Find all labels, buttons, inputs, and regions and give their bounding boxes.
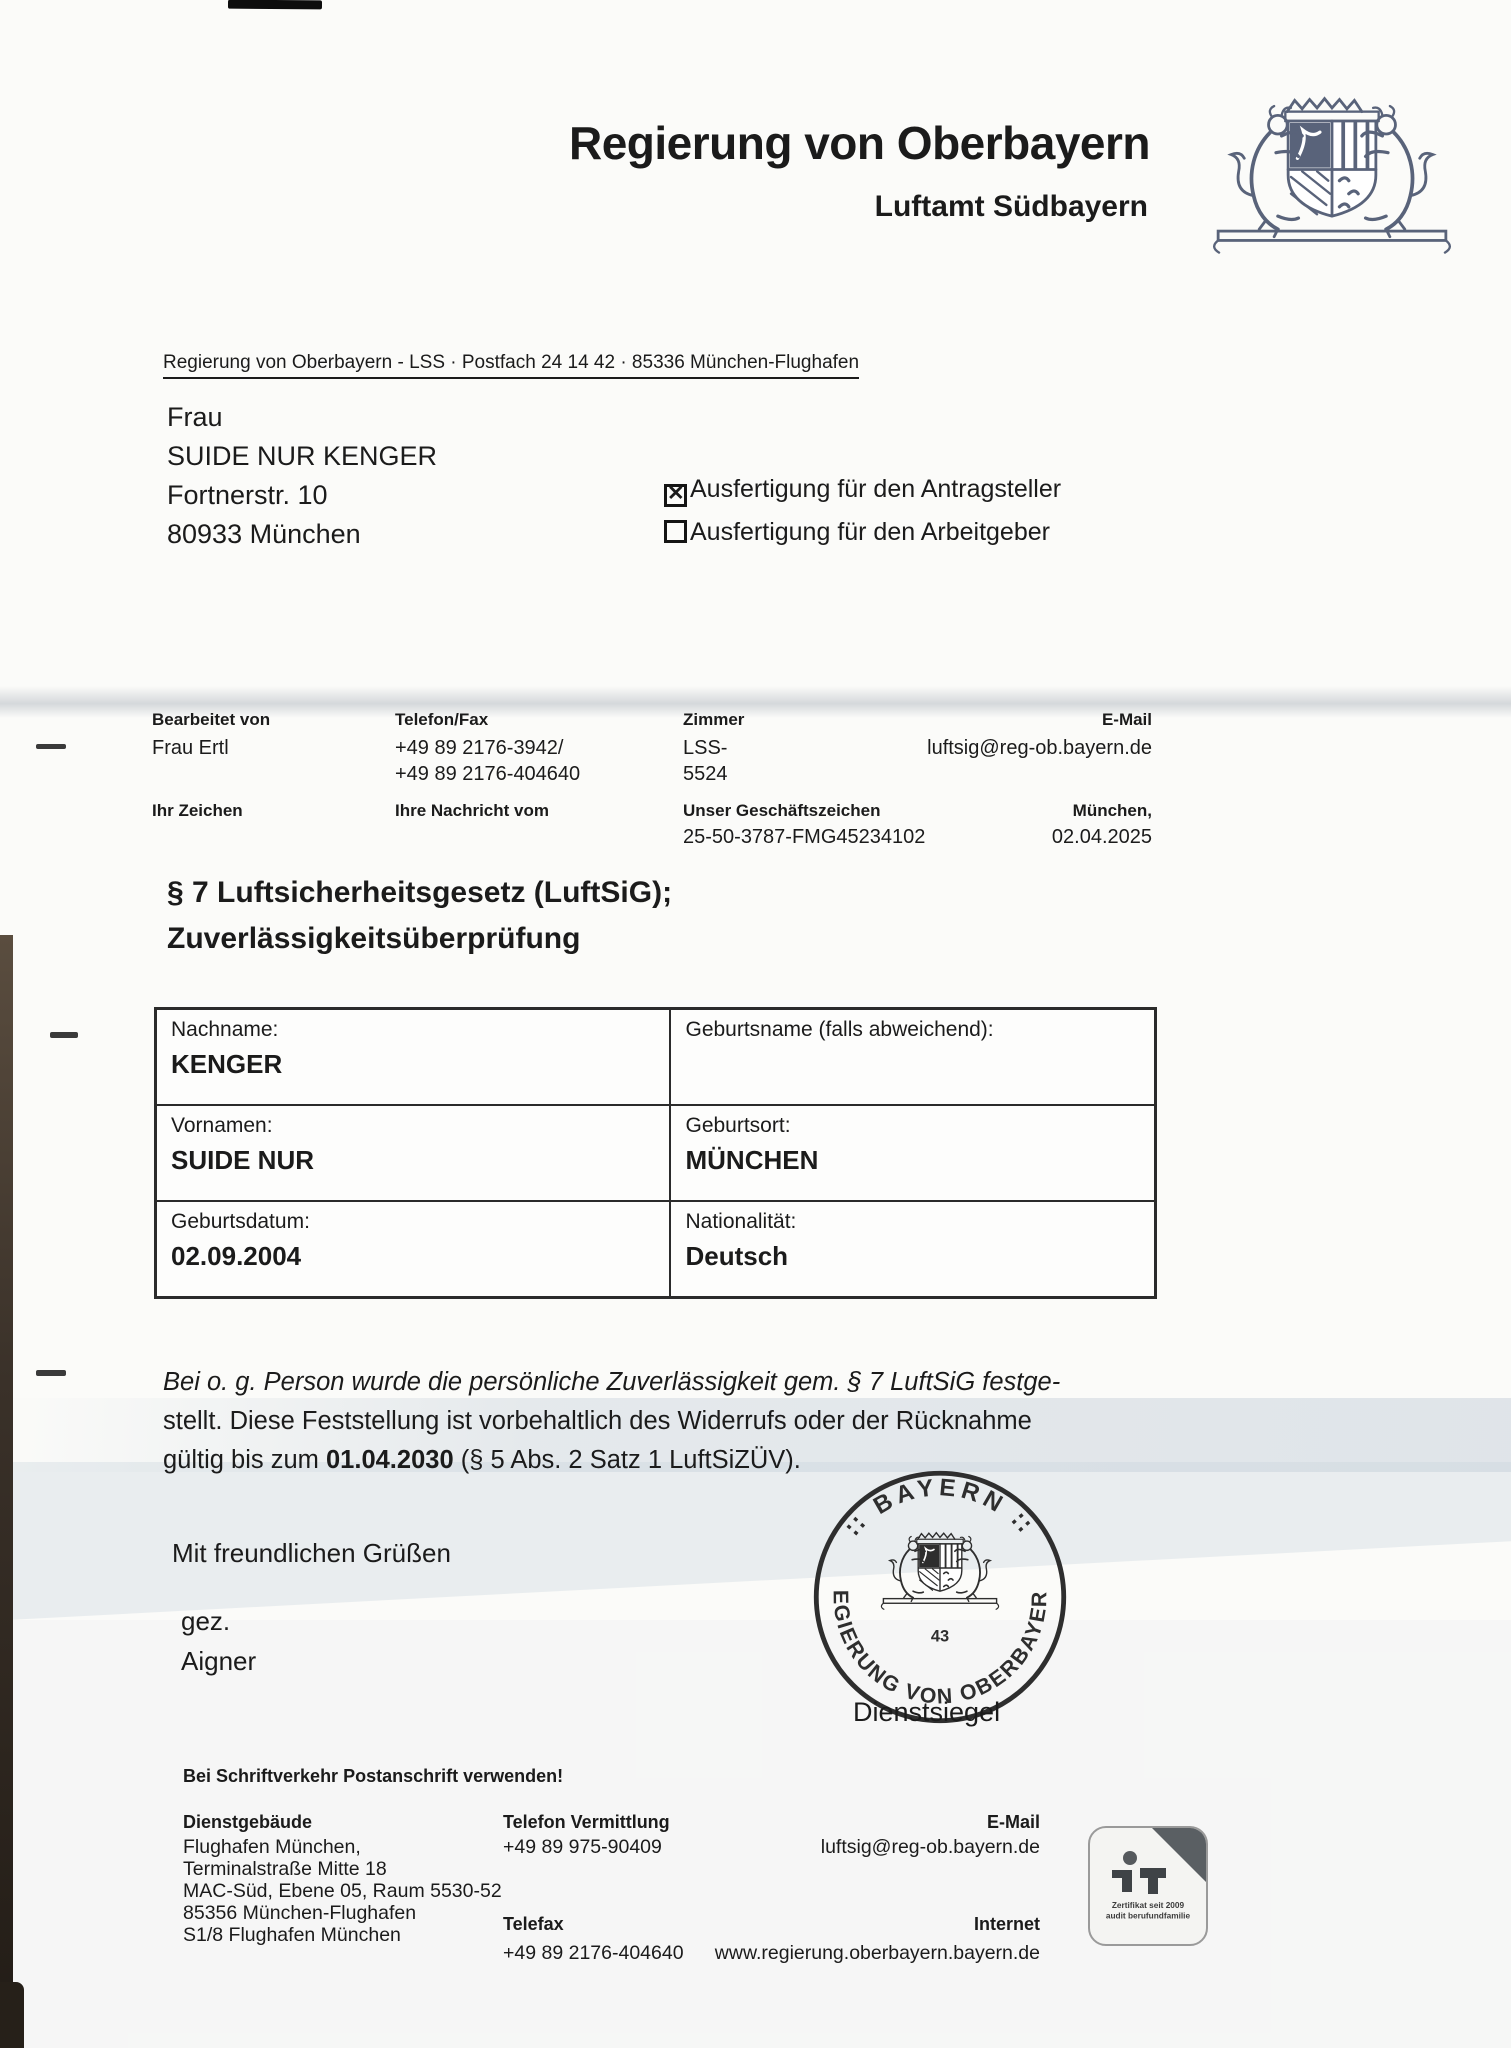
cell-value: 02.09.2004: [171, 1241, 655, 1272]
audit-berufundfamilie-logo: Zertifikat seit 2009 audit berufundfamil…: [1088, 1826, 1208, 1946]
address-line: Terminalstraße Mitte 18: [183, 1858, 502, 1880]
person-data-table: Nachname: KENGER Geburtsname (falls abwe…: [154, 1007, 1157, 1299]
cell-label: Geburtsdatum:: [171, 1210, 655, 1234]
dienstgebaeude-address: Flughafen München, Terminalstraße Mitte …: [183, 1836, 502, 1946]
telefon-number: +49 89 2176-3942/: [395, 735, 580, 761]
subject-line2: Zuverlässigkeitsüberprüfung: [167, 916, 672, 962]
copy-option-antragsteller: ✕Ausfertigung für den Antragsteller: [664, 468, 1061, 511]
checkbox-checked-icon: ✕: [664, 484, 687, 507]
label-telefon-vermittlung: Telefon Vermittlung: [503, 1812, 670, 1833]
value-email: luftsig@reg-ob.bayern.de: [927, 735, 1152, 761]
cell-label: Geburtsort:: [685, 1114, 1140, 1138]
recipient-city: 80933 München: [167, 515, 437, 554]
table-cell-geburtsort: Geburtsort: MÜNCHEN: [670, 1105, 1155, 1201]
svg-text:43: 43: [931, 1627, 949, 1645]
label-geschaeftszeichen: Unser Geschäftszeichen: [683, 801, 880, 821]
zimmer-line1: LSS-: [683, 735, 728, 761]
fold-mark: [50, 1032, 78, 1038]
cell-label: Nationalität:: [685, 1210, 1140, 1234]
copy-option-label: Ausfertigung für den Antragsteller: [690, 475, 1061, 503]
return-address: Regierung von Oberbayern - LSS · Postfac…: [163, 352, 859, 379]
label-footer-email: E-Mail: [987, 1812, 1040, 1833]
table-cell-geburtsname: Geburtsname (falls abweichend):: [670, 1009, 1155, 1105]
table-cell-nachname: Nachname: KENGER: [156, 1009, 670, 1105]
fold-mark: [36, 1370, 66, 1376]
cell-label: Vornamen:: [171, 1114, 655, 1138]
cell-label: Geburtsname (falls abweichend):: [685, 1018, 1140, 1042]
label-ihr-zeichen: Ihr Zeichen: [152, 801, 243, 821]
seal-caption: Dienstsiegel: [853, 1697, 1000, 1728]
table-cell-vornamen: Vornamen: SUIDE NUR: [156, 1105, 670, 1201]
label-ihre-nachricht: Ihre Nachricht vom: [395, 801, 549, 821]
closing-greeting: Mit freundlichen Grüßen: [172, 1538, 451, 1569]
zimmer-line2: 5524: [683, 761, 728, 787]
footer-note: Bei Schriftverkehr Postanschrift verwend…: [183, 1766, 563, 1787]
cell-value: MÜNCHEN: [685, 1145, 1140, 1176]
page-title: Regierung von Oberbayern: [569, 116, 1150, 170]
label-dienstgebaeude: Dienstgebäude: [183, 1812, 312, 1833]
logo-caption: Zertifikat seit 2009 audit berufundfamil…: [1095, 1901, 1202, 1921]
address-line: S1/8 Flughafen München: [183, 1924, 502, 1946]
bavarian-coat-of-arms-icon: [1192, 76, 1472, 263]
recipient-street: Fortnerstr. 10: [167, 476, 437, 515]
scan-edge-artifact: [228, 0, 322, 9]
address-line: Flughafen München,: [183, 1836, 502, 1858]
value-telefax: +49 89 2176-404640: [503, 1942, 684, 1964]
value-internet: www.regierung.oberbayern.bayern.de: [715, 1942, 1040, 1964]
label-bearbeitet-von: Bearbeitet von: [152, 710, 270, 730]
value-date: 02.04.2025: [1052, 824, 1152, 850]
body-line1: Bei o. g. Person wurde die persönliche Z…: [163, 1363, 1123, 1402]
svg-text:∷ BAYERN ∷: ∷ BAYERN ∷: [841, 1474, 1038, 1541]
checkbox-unchecked-icon: [664, 520, 687, 543]
table-cell-nationalitaet: Nationalität: Deutsch: [670, 1201, 1155, 1297]
recipient-name: SUIDE NUR KENGER: [167, 437, 437, 476]
cell-label: Nachname:: [171, 1018, 655, 1042]
value-geschaeftszeichen: 25-50-3787-FMG45234102: [683, 824, 925, 850]
subject: § 7 Luftsicherheitsgesetz (LuftSiG); Zuv…: [167, 870, 672, 962]
address-line: MAC-Süd, Ebene 05, Raum 5530-52: [183, 1880, 502, 1902]
figure-icon: [1104, 1850, 1174, 1896]
label-telefon-fax: Telefon/Fax: [395, 710, 488, 730]
copy-options: ✕Ausfertigung für den Antragsteller Ausf…: [664, 468, 1061, 554]
recipient-address: Frau SUIDE NUR KENGER Fortnerstr. 10 809…: [167, 398, 437, 554]
fax-number: +49 89 2176-404640: [395, 761, 580, 787]
value-zimmer: LSS- 5524: [683, 735, 728, 787]
page-subtitle: Luftamt Südbayern: [875, 190, 1148, 224]
table-cell-geburtsdatum: Geburtsdatum: 02.09.2004: [156, 1201, 670, 1297]
recipient-salutation: Frau: [167, 398, 437, 437]
subject-line1: § 7 Luftsicherheitsgesetz (LuftSiG);: [167, 870, 672, 916]
scan-edge-artifact: [0, 935, 13, 2048]
body-line2: stellt. Diese Feststellung ist vorbehalt…: [163, 1402, 1123, 1441]
cell-value: KENGER: [171, 1049, 655, 1080]
address-line: 85356 München-Flughafen: [183, 1902, 502, 1924]
value-footer-email: luftsig@reg-ob.bayern.de: [821, 1836, 1040, 1858]
value-telefon-fax: +49 89 2176-3942/ +49 89 2176-404640: [395, 735, 580, 787]
label-telefax: Telefax: [503, 1914, 564, 1935]
copy-option-label: Ausfertigung für den Arbeitgeber: [690, 518, 1050, 546]
cell-value: SUIDE NUR: [171, 1145, 655, 1176]
label-city: München,: [1073, 801, 1152, 821]
signer-name: Aigner: [181, 1646, 256, 1677]
scanned-letter-page: Regierung von Oberbayern Luftamt Südbaye…: [0, 0, 1511, 2048]
validity-date: 01.04.2030: [326, 1446, 454, 1474]
label-internet: Internet: [974, 1914, 1040, 1935]
value-bearbeitet-von: Frau Ertl: [152, 735, 229, 761]
fold-mark: [36, 744, 66, 749]
cell-value: Deutsch: [685, 1241, 1140, 1272]
closing-gez: gez.: [181, 1606, 230, 1637]
scan-edge-artifact: [0, 1982, 24, 2048]
label-zimmer: Zimmer: [683, 710, 744, 730]
scan-shading-wash: [0, 1620, 1511, 2048]
label-email: E-Mail: [1102, 710, 1152, 730]
copy-option-arbeitgeber: Ausfertigung für den Arbeitgeber: [664, 511, 1061, 554]
value-telefon-vermittlung: +49 89 975-90409: [503, 1836, 662, 1858]
